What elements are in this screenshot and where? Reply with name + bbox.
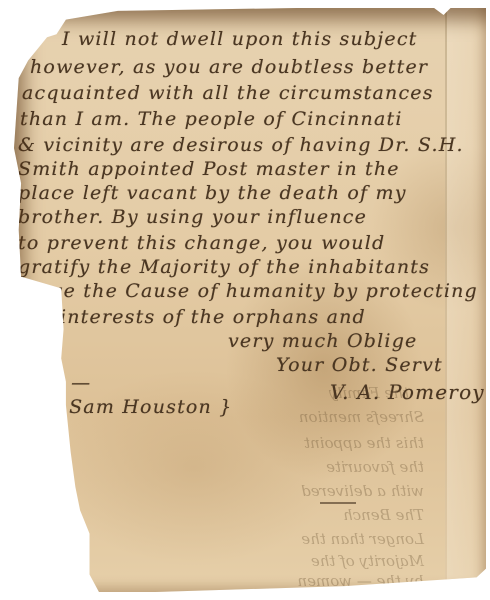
letter-line: than I am. The people of Cincinnati [20,110,403,129]
bleed-through-line: by the — women [297,574,424,589]
bleed-through-line: will find and they [292,590,424,600]
bleed-through-line: Shreefs mention [299,410,424,425]
letter-line: the interests of the orphans and [18,308,366,327]
letter-line: acquainted with all the circumstances [22,84,434,103]
letter-line: however, as you are doubtless better [30,58,428,77]
letter-line: to prevent this change, you would [18,234,385,253]
letter-line: & vicinity are desirous of having Dr. S.… [18,136,464,155]
document-page: the Family Shreefs mention this the appo… [0,0,490,600]
bleed-through-line: Majority of the [311,554,424,569]
bleed-through-line: with a delivered [301,484,424,499]
letter-line: place left vacant by the death of my [18,184,407,203]
letter-line: Smith appointed Post master in the [18,160,400,179]
closing-line: Your Obt. Servt [276,356,443,375]
closing-line: very much Oblige [228,332,418,351]
letter-paper: the Family Shreefs mention this the appo… [14,8,486,592]
addressee-line: Hon — [20,374,91,393]
letter-line: serve the Cause of humanity by protectin… [18,282,478,301]
bleed-through-stroke [320,502,356,504]
letter-line: gratify the Majority of the inhabitants [18,258,430,277]
bleed-through-line: this the appoint [304,436,424,451]
bleed-through-line: The Bench [343,508,424,523]
bleed-through-line: the favourite [326,460,424,475]
addressee-name: Hon Sam Houston } [18,398,233,417]
letter-line: I will not dwell upon this subject [62,30,418,49]
bleed-through-line: Longer than the [301,532,424,547]
letter-line: brother. By using your influence [18,208,367,227]
signature: V. A. Pomeroy [330,382,485,402]
